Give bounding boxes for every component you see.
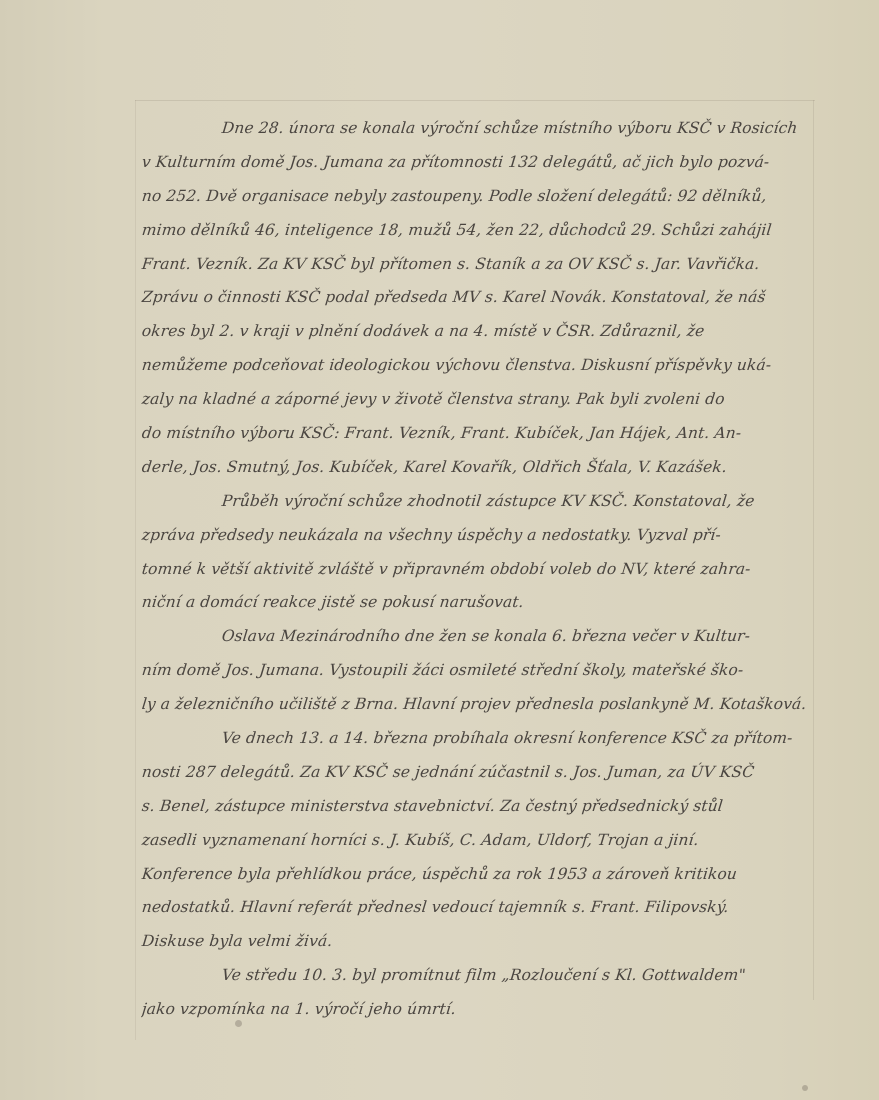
text-line: nedostatků. Hlavní referát přednesl vedo… <box>140 891 824 925</box>
text-line: v Kulturním domě Jos. Jumana za přítomno… <box>140 146 824 180</box>
paper-stain <box>802 1085 808 1091</box>
paper-stain <box>235 1020 242 1027</box>
text-line: zpráva předsedy neukázala na všechny úsp… <box>140 519 824 553</box>
text-line: Ve středu 10. 3. byl promítnut film „Roz… <box>140 959 824 993</box>
text-line: ním domě Jos. Jumana. Vystoupili žáci os… <box>140 654 824 688</box>
header-guide-line <box>135 100 815 101</box>
text-line: nosti 287 delegátů. Za KV KSČ se jednání… <box>140 756 824 790</box>
text-line: derle, Jos. Smutný, Jos. Kubíček, Karel … <box>140 451 824 485</box>
text-line: s. Benel, zástupce ministerstva stavebni… <box>140 790 824 824</box>
text-line: tomné k větší aktivitě zvláště v připrav… <box>140 553 824 587</box>
text-line: no 252. Dvě organisace nebyly zastoupeny… <box>140 180 824 214</box>
text-line: Diskuse byla velmi živá. <box>140 925 824 959</box>
text-line: nemůžeme podceňovat ideologickou výchovu… <box>140 349 824 383</box>
text-line: Průběh výroční schůze zhodnotil zástupce… <box>140 485 824 519</box>
text-line: Dne 28. února se konala výroční schůze m… <box>140 112 824 146</box>
text-line: Frant. Vezník. Za KV KSČ byl přítomen s.… <box>140 248 824 282</box>
text-line: Oslava Mezinárodního dne žen se konala 6… <box>140 620 824 654</box>
text-line: jako vzpomínka na 1. výročí jeho úmrtí. <box>140 993 824 1027</box>
text-line: Ve dnech 13. a 14. března probíhala okre… <box>140 722 824 756</box>
chronicle-page: Dne 28. února se konala výroční schůze m… <box>0 0 879 1100</box>
text-line: okres byl 2. v kraji v plnění dodávek a … <box>140 315 824 349</box>
text-line: Zprávu o činnosti KSČ podal předseda MV … <box>140 281 824 315</box>
text-line: zaly na kladné a záporné jevy v životě č… <box>140 383 824 417</box>
handwritten-text-block: Dne 28. února se konala výroční schůze m… <box>140 112 820 1027</box>
text-line: do místního výboru KSČ: Frant. Vezník, F… <box>140 417 824 451</box>
text-line: Konference byla přehlídkou práce, úspěch… <box>140 858 824 892</box>
text-line: niční a domácí reakce jistě se pokusí na… <box>140 586 824 620</box>
text-line: zasedli vyznamenaní horníci s. J. Kubíš,… <box>140 824 824 858</box>
text-line: mimo dělníků 46, inteligence 18, mužů 54… <box>140 214 824 248</box>
left-margin-line <box>135 100 136 1040</box>
text-line: ly a železničního učiliště z Brna. Hlavn… <box>140 688 824 722</box>
